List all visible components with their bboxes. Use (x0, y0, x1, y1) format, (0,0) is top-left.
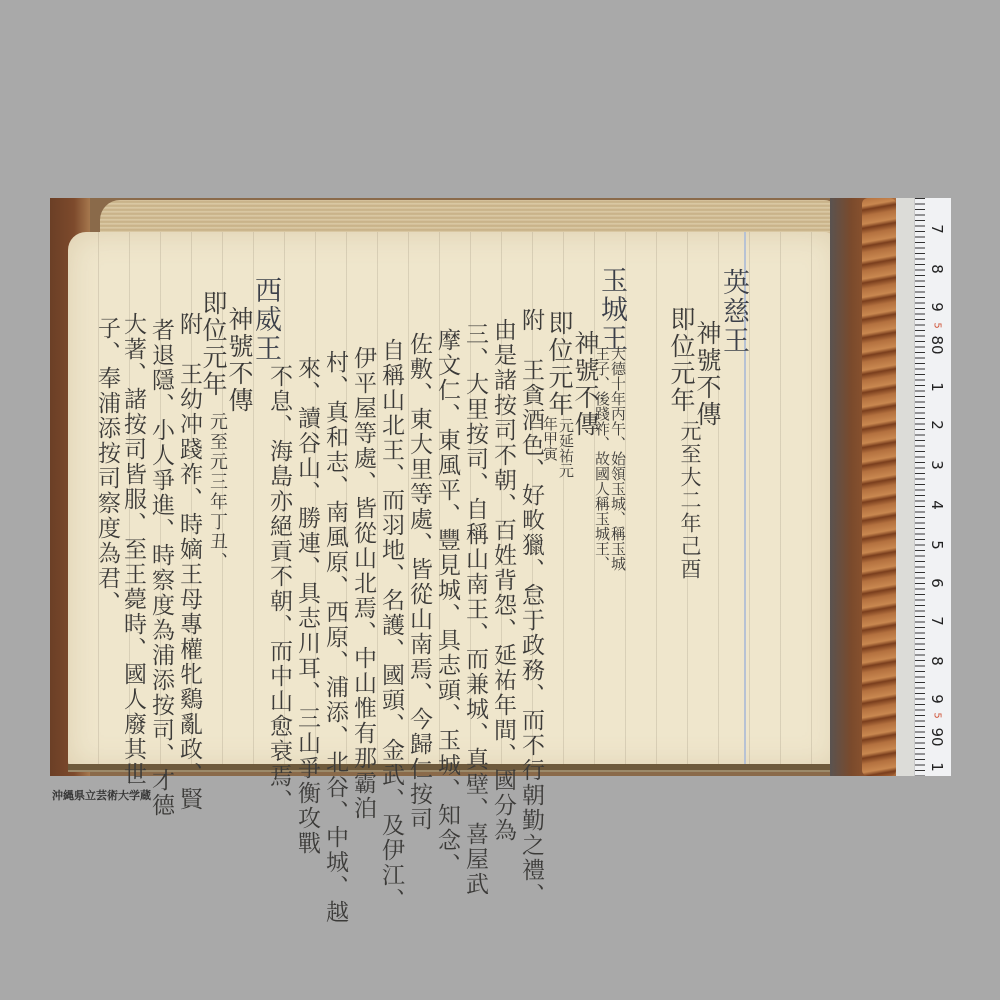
king-name-tamagusuku: 玉城王 (596, 266, 626, 353)
body-line: 摩文仁、東風平、豐見城、具志頭、玉城、知念、 (432, 328, 462, 878)
manuscript-photo: 7 8 9 5 80 1 2 3 4 5 6 7 8 9 5 90 1 英慈王 … (50, 198, 950, 776)
ruler-label: 7 (928, 609, 946, 633)
measurement-ruler: 7 8 9 5 80 1 2 3 4 5 6 7 8 9 5 90 1 (914, 198, 951, 776)
ruler-label: 5 (928, 533, 946, 557)
body-line: 來、讀谷山、勝連、具志川耳、三山爭衡攻戰 (292, 356, 322, 856)
accession-note-seii: 元至元三年丁丑、 (202, 412, 232, 572)
binding-lacing (862, 198, 896, 776)
body-line: 佐敷、東大里等處、皆從山南焉、今歸仁按司 (404, 332, 434, 832)
body-line: 子、奉浦添按司察度為君、 (92, 316, 122, 616)
accession-tamagusuku: 即位元年 (544, 310, 574, 418)
body-line: 附 王貪酒色、好畋獵、怠于政務、而不行朝勤之禮、 (516, 308, 546, 908)
ruler-label-red: 5 (932, 704, 943, 728)
ruler-label: 8 (928, 257, 946, 281)
accession-eiji: 即位元年 (666, 306, 696, 414)
body-line: 者退隱、小人爭進、時察度為浦添按司、才德 (146, 318, 176, 818)
ruler-label: 1 (928, 755, 946, 779)
king-name-seii: 西威王 (250, 276, 280, 363)
ruler-label: 6 (928, 571, 946, 595)
note-tamagusuku-1: 大德十年丙午、始領玉城、稱玉城 (610, 346, 626, 571)
ruler-label: 90 (928, 725, 946, 749)
body-line: 不息、海島亦絕貢不朝、而中山愈衰焉、 (264, 364, 294, 814)
body-line: 自稱山北王、而羽地、名護、國頭、金武、及伊江、 (376, 338, 406, 913)
body-line: 三、大里按司、自稱山南王、而兼城、真壁、喜屋武 (460, 322, 490, 897)
accession-note-tamagusuku-1: 元延祐元 (558, 418, 574, 478)
king-name-eiji: 英慈王 (718, 268, 748, 355)
body-line: 伊平屋等處、皆從山北焉、中山惟有那霸泊 (348, 346, 378, 821)
shingo-eiji: 神號不傳 (692, 320, 722, 428)
collection-credit: 沖縄県立芸術大学蔵 (52, 787, 151, 803)
shingo-seii: 神號不傳 (224, 306, 254, 414)
ruler-label: 80 (928, 333, 946, 357)
ruler-label: 8 (928, 649, 946, 673)
ruler-label: 2 (928, 413, 946, 437)
ruler-label: 4 (928, 493, 946, 517)
body-line: 附 王幼冲踐祚、時嫡王母專權牝鷄亂政、賢 (174, 312, 204, 812)
body-line: 大著、諸按司皆服、至王薨時、國人廢其世 (118, 312, 148, 787)
ruler-label: 3 (928, 453, 946, 477)
ruler-label: 7 (928, 217, 946, 241)
body-line: 村、真和志、南風原、西原、浦添、北谷、中城、越 (320, 350, 350, 925)
accession-note-eiji: 元至大二年己酉 (675, 420, 705, 581)
body-line: 由是諸按司不朝、百姓背怨、延祐年間、國分為 (488, 318, 518, 843)
page-stack-edges (100, 200, 840, 234)
ruler-label: 1 (928, 375, 946, 399)
